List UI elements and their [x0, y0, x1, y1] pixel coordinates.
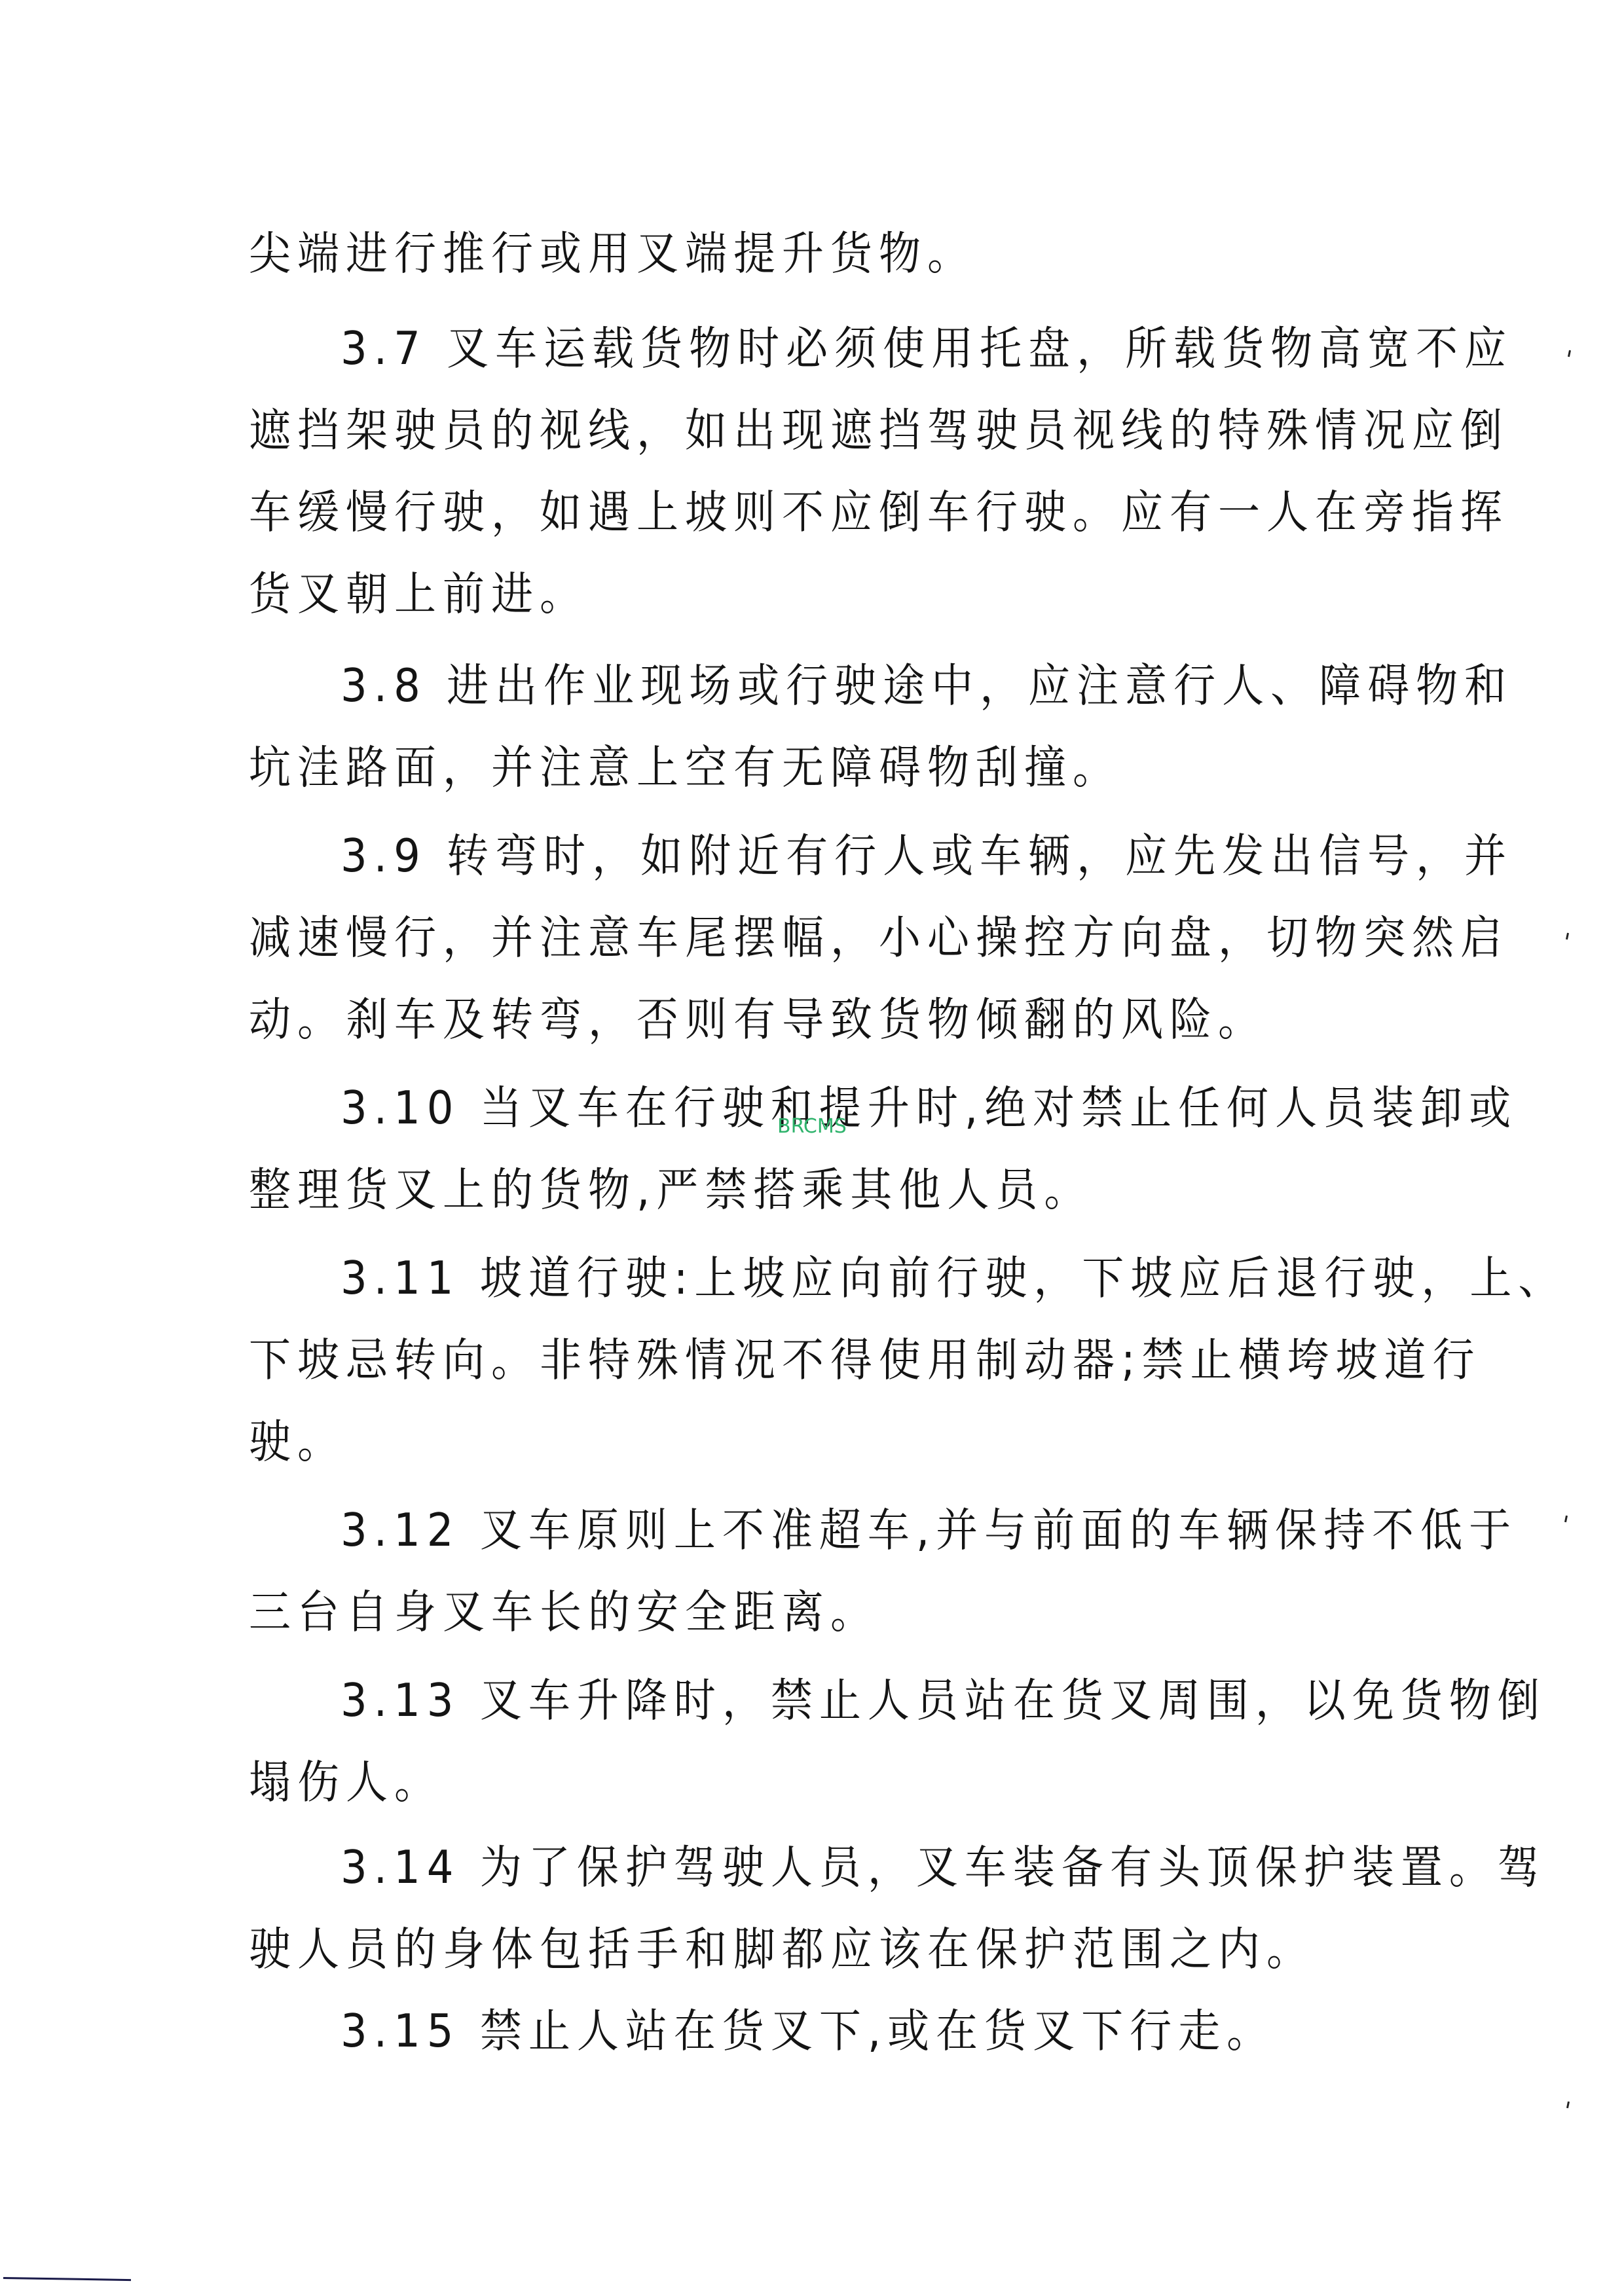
text-line: 减速慢行，并注意车尾摆幅，小心操控方向盘，切物突然启 — [249, 910, 1421, 966]
text-line-para-3-11: 3.11 坡道行驶:上坡应向前行驶，下坡应后退行驶，上、 — [341, 1250, 1421, 1307]
text-line: 货叉朝上前进。 — [249, 566, 1421, 623]
text-line-para-3-14: 3.14 为了保护驾驶人员，叉车装备有头顶保护装置。驾 — [341, 1840, 1421, 1896]
scan-speck — [1566, 2102, 1570, 2108]
text-line: 遮挡架驶员的视线，如出现遮挡驾驶员视线的特殊情况应倒 — [249, 403, 1421, 459]
text-line: 下坡忌转向。非特殊情况不得使用制动器;禁止横垮坡道行 — [249, 1332, 1421, 1389]
text-line: 尖端进行推行或用叉端提升货物。 — [249, 226, 1421, 282]
text-line: 驶人员的身体包括手和脚都应该在保护范围之内。 — [249, 1922, 1421, 1978]
scan-speck — [1566, 933, 1569, 939]
text-line: 驶。 — [249, 1414, 1421, 1470]
text-line-para-3-10: 3.10 当叉车在行驶和提升时,绝对禁止任何人员装卸或 — [341, 1080, 1421, 1137]
text-line-para-3-15: 3.15 禁止人站在货叉下,或在货叉下行走。 — [341, 2003, 1421, 2060]
scan-edge-line — [3, 2277, 131, 2281]
watermark-text: BRCMS — [777, 1115, 847, 1138]
text-line: 车缓慢行驶，如遇上坡则不应倒车行驶。应有一人在旁指挥 — [249, 484, 1421, 541]
text-line: 坑洼路面，并注意上空有无障碍物刮撞。 — [249, 740, 1421, 796]
scanned-document-page: 尖端进行推行或用叉端提升货物。 3.7 叉车运载货物时必须使用托盘，所载货物高宽… — [0, 0, 1624, 2296]
text-line: 三台自身叉车长的安全距离。 — [249, 1584, 1421, 1641]
text-line: 整理货叉上的货物,严禁搭乘其他人员。 — [249, 1162, 1421, 1218]
text-line-para-3-12: 3.12 叉车原则上不准超车,并与前面的车辆保持不低于 — [341, 1503, 1421, 1559]
text-line-para-3-13: 3.13 叉车升降时，禁止人员站在货叉周围，以免货物倒 — [341, 1673, 1421, 1729]
text-line: 塌伤人。 — [249, 1755, 1421, 1811]
text-line-para-3-9: 3.9 转弯时，如附近有行人或车辆，应先发出信号，并 — [341, 828, 1421, 884]
text-line-para-3-7: 3.7 叉车运载货物时必须使用托盘，所载货物高宽不应 — [341, 321, 1421, 377]
scan-speck — [1564, 1516, 1568, 1522]
text-line-para-3-8: 3.8 进出作业现场或行驶途中，应注意行人、障碍物和 — [341, 658, 1421, 714]
scan-speck — [1568, 350, 1571, 357]
text-line: 动。刹车及转弯，否则有导致货物倾翻的风险。 — [249, 992, 1421, 1048]
